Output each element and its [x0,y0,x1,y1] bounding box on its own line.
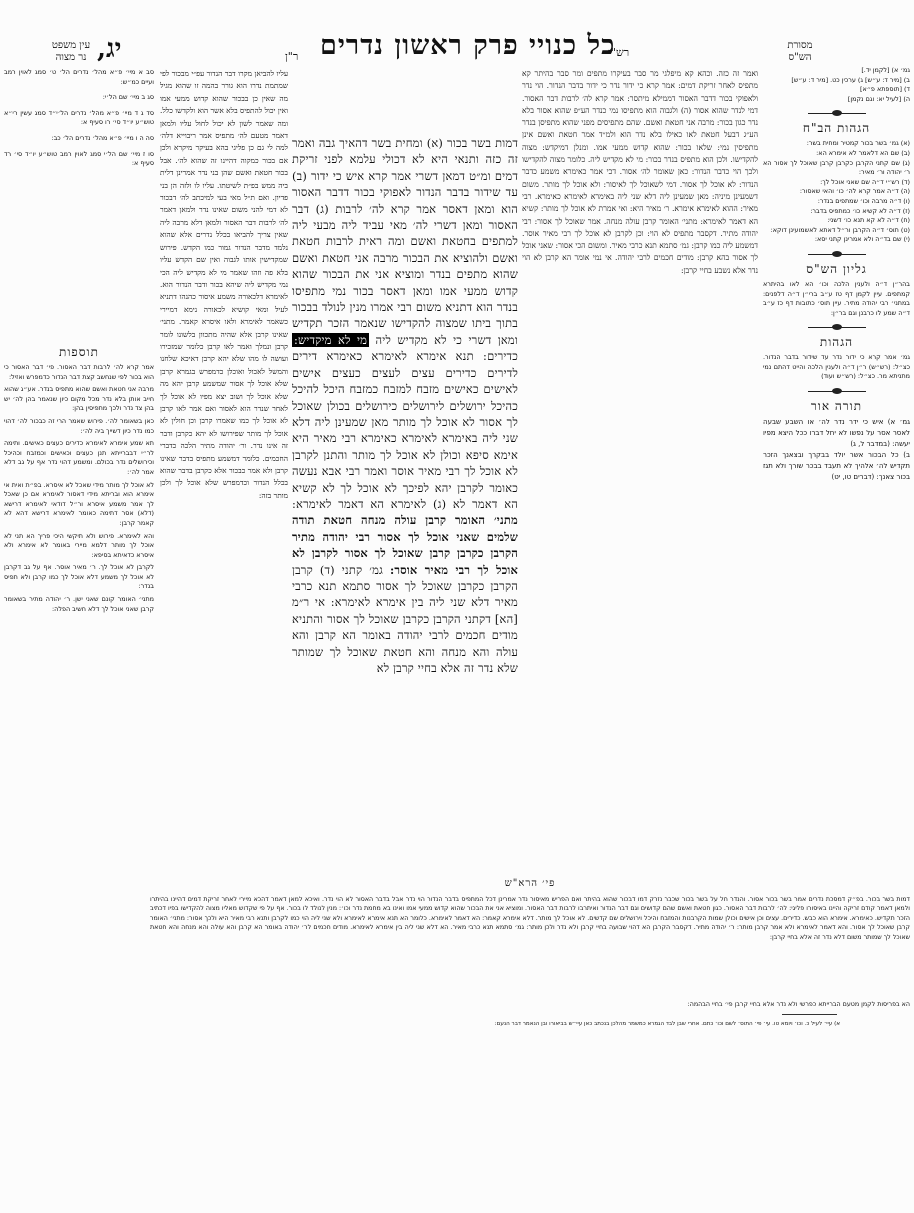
gemara-paragraph-1: דמות בשר בכור (א) ומחית בשר דהאיך גבה וא… [292,136,518,347]
mesoret-entry: ד) [תוספתא פ״א] [763,85,910,95]
tosafot-paragraph: לא אוכל לך מותר מידי שאכל לא איסרא. בפ״ת… [4,481,154,529]
right-margin-column: גמ׳ א) [לקמן יד.] ב) [מיר ד: ע״ש] ג) ערכ… [763,66,910,906]
habach-entry: (י) שם בד״ה ולא אמרינן קתני יסא: [763,235,910,245]
daf-number: יג, [97,34,121,64]
tosafot-paragraph: כאן בשאומר לה׳. פירוש שאמר הרי זה כבכור … [4,417,154,436]
habach-entry: (ב) שם הא דלאמר לא אימרא הא: [763,149,910,159]
rosh-title: פי׳ הרא"ש [150,878,910,889]
gilyon-hashas-title: גליון הש"ס [763,262,910,277]
rosh-continuation: הא בפריסות לקמן מטעם הברייתא כפרשי ולא נ… [330,1000,910,1010]
gilyon-hashas-text: בהר״ן ד״ה ולענין הלכה וכו׳ הא לאו בהיתרא… [763,280,910,318]
torah-or-title: תורה אור [763,399,910,414]
tosafot-paragraph: לקרבן לא אוכל לך. ר׳ מאיר אוסר. אף על גב… [4,563,154,592]
rashi-text: ואמר זה כזה. וכהא קא מיפלגי מר סבר בעיקר… [522,68,758,277]
rashi-column: ואמר זה כזה. וכהא קא מיפלגי מר סבר בעיקר… [522,68,758,868]
rosh-commentary: דמות בשר בכור. בפ״ק דמסכת נדרים אמר בשר … [150,895,910,995]
ein-mishpat-title: עין משפט [46,40,96,52]
ein-mishpat-entry: סב א מיי׳ פ״א מהל׳ נדרים הל׳ ט׳ סמג לאוי… [4,68,154,87]
ein-mishpat-entry: סו ז מיי׳ שם הל׳י סמג לאוין רמב טוש״ע יו… [4,150,154,169]
hagahot-habach-section: הגהות הב"ח (א) גמ׳ בשר בכור קמטיר ומחית … [763,121,910,245]
ein-mishpat-header: עין משפט נר מצוה [46,40,96,64]
tosafot-column: תוספות אמר קרא לה׳ לרבות דבר האסור. פי׳ … [4,340,154,880]
tosafot-paragraph: מתני׳ האומר קונם שאני ישן. ר׳ יהודה מתיר… [4,595,154,614]
torah-or-verse: ב) כל הבכור אשר יולד בבקרך ובצאנך הזכר ת… [763,450,910,483]
habach-entry: (ז) ד״ה לא קשיא כו׳ כמתפיס בדבר: [763,207,910,217]
rosh-title-row: פי׳ הרא"ש [150,878,910,894]
habach-entry: (ח) ד״ה לא קא תנא כו׳ דשני: [763,216,910,226]
gemara-paragraph-2: כדירים: תנא אימרא לאימרא כאימרא דירים לד… [292,349,518,511]
mesoret-entry: גמ׳ א) [לקמן יד.] [763,66,910,76]
gemara-text: דמות בשר בכור (א) ומחית בשר דהאיך גבה וא… [292,135,518,676]
gemara-paragraph-4: גמ׳ קתני (ד) קרבן הקרבן כקרבן שאוכל לך א… [292,563,518,675]
torah-or-verse: גמ׳ א) איש כי ידר נדר לה׳ או השבע שבעה ל… [763,417,910,450]
footnote-rule [782,1014,837,1015]
tosafot-paragraph: מרבה אני חטאת ואשם שהוא מתפיס בנדר. אע״ג… [4,385,154,414]
ein-mishpat-entry: סה ה ו מיי׳ פ״א מהל׳ נדרים הל׳ כב: [4,134,154,144]
mesoret-title: מסורת [770,40,830,52]
ein-mishpat-entry: סג ב מיי׳ שם הל׳י: [4,93,154,103]
ein-mishpat-entry: סד ג ד מיי׳ פ״א מהל׳ נדרים הל׳י״ד סמג עש… [4,109,154,128]
habach-entry: (ו) ד״ה מרבה וכו׳ שמתפים בנדר: [763,197,910,207]
tosafot-paragraph: אמר קרא לה׳ לרבות דבר האסור. פי׳ דבר האס… [4,363,154,382]
rashi-header-label: רש"י [608,46,629,59]
tosafot-title: תוספות [4,345,154,360]
rosh-text: דמות בשר בכור. בפ״ק דמסכת נדרים אמר בשר … [150,895,910,942]
footnote: א) עיי׳ לעיל כ. וכו׳ ויומא טו. עי׳ פי׳ ה… [335,1020,840,1030]
hashas-title: הש"ס [770,52,830,64]
hagahot-text: גמ׳ אמר קרא כי ידור נדר עד שידור בדבר הנ… [763,353,910,382]
mesoret-entry: ה) [לעיל יא: וגם נקמן] [763,95,910,105]
habach-entry: (ג) שם קתני הקרבן כקרבן קרבן שאוכל לך אס… [763,159,910,178]
ornament-divider [808,388,866,394]
ornament-divider [808,110,866,116]
torah-or-section: תורה אור גמ׳ א) איש כי ידר נדר לה׳ או הש… [763,399,910,483]
habach-entry: (ט) תוס׳ ד״ה הקרבן ור״ל דאתא לאשמועינן ד… [763,226,910,236]
gemara-column: דמות בשר בכור (א) ומחית בשר דהאיך גבה וא… [292,60,518,880]
gilyon-hashas-section: גליון הש"ס בהר״ן ד״ה ולענין הלכה וכו׳ הא… [763,262,910,318]
mesoret-entry: ב) [מיר ד: ע״ש] ג) ערכין כט. [מיר ד: ע״ש… [763,76,910,86]
mesoret-hashas-section: גמ׳ א) [לקמן יד.] ב) [מיר ד: ע״ש] ג) ערכ… [763,66,910,104]
habach-entry: (ה) ד״ה אמר קרא לה׳ כו׳ והאי שאסור: [763,187,910,197]
ner-mitzvah-title: נר מצוה [46,52,96,64]
tractate-chapter-title: כל כנויי פרק ראשון נדרים [320,30,615,61]
gemara-highlighted-phrase[interactable]: מי לא מיקדיש: [292,333,369,347]
tosafot-paragraph: תא שמע אימרא לאימרא כדירים כעצים כאישים.… [4,439,154,477]
hagahot-title: הגהות [763,335,910,350]
ran-commentary-column: עליו להביאן מקרו דבר הנדור עפ״י מבכור לפ… [160,68,288,868]
habach-entry: (א) גמ׳ בשר בכור קמטיר ומחית בשר: [763,139,910,149]
habach-entry: (ד) רש״י ד״ה שם שאני אוכל לך: [763,178,910,188]
footnote-text: א) עיי׳ לעיל כ. וכו׳ ויומא טו. עי׳ פי׳ ה… [335,1020,840,1030]
ornament-divider [808,251,866,257]
hagahot-section: הגהות גמ׳ אמר קרא כי ידור נדר עד שידור ב… [763,335,910,382]
ran-commentary-text: עליו להביאן מקרו דבר הנדור עפ״י מבכור לפ… [160,68,288,502]
gemara-top-spacer [292,60,518,135]
ein-mishpat-column: סב א מיי׳ פ״א מהל׳ נדרים הל׳ ט׳ סמג לאוי… [4,68,154,358]
mesoret-header: מסורת הש"ס [770,40,830,64]
hagahot-habach-title: הגהות הב"ח [763,121,910,136]
ornament-divider [808,324,866,330]
rosh-continuation-row: הא בפריסות לקמן מטעם הברייתא כפרשי ולא נ… [330,1000,910,1012]
tosafot-paragraph: והא לאימרא. פירוש ולא תיקשי היכי פריך הא… [4,532,154,561]
